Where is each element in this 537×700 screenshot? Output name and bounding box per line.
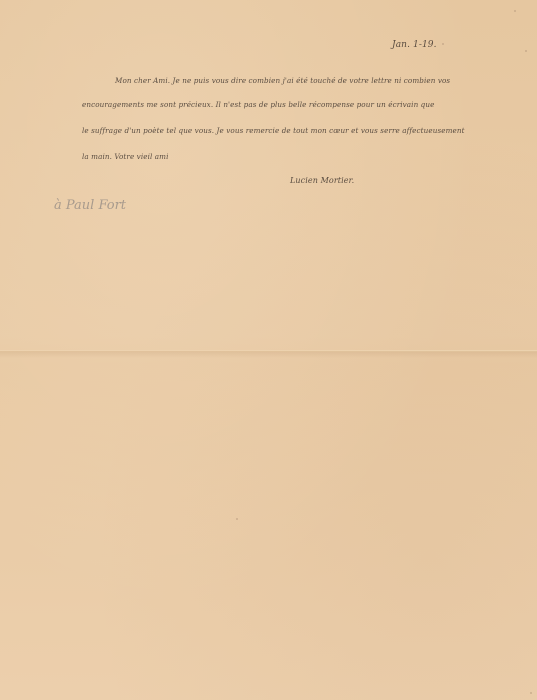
paper-speck: [236, 518, 238, 520]
paper-speck: [442, 43, 444, 45]
paper-speck: [525, 50, 527, 52]
pencil-margin-note: à Paul Fort: [54, 198, 126, 213]
paper-fold-shadow: [0, 352, 537, 358]
letter-body-line-2: encouragements me sont précieux. Il n'es…: [82, 100, 434, 109]
letter-body-line-3: le suffrage d'un poète tel que vous. Je …: [82, 126, 465, 135]
letter-body-line-1: Mon cher Ami. Je ne puis vous dire combi…: [115, 76, 450, 85]
letter-body-line-4: la main. Votre vieil ami: [82, 152, 168, 161]
letter-sheet: Jan. 1-19. Mon cher Ami. Je ne puis vous…: [0, 0, 537, 700]
paper-speck: [514, 10, 516, 12]
letter-date: Jan. 1-19.: [392, 40, 437, 50]
paper-speck: [530, 692, 532, 694]
letter-signature: Lucien Mortier.: [290, 176, 354, 185]
